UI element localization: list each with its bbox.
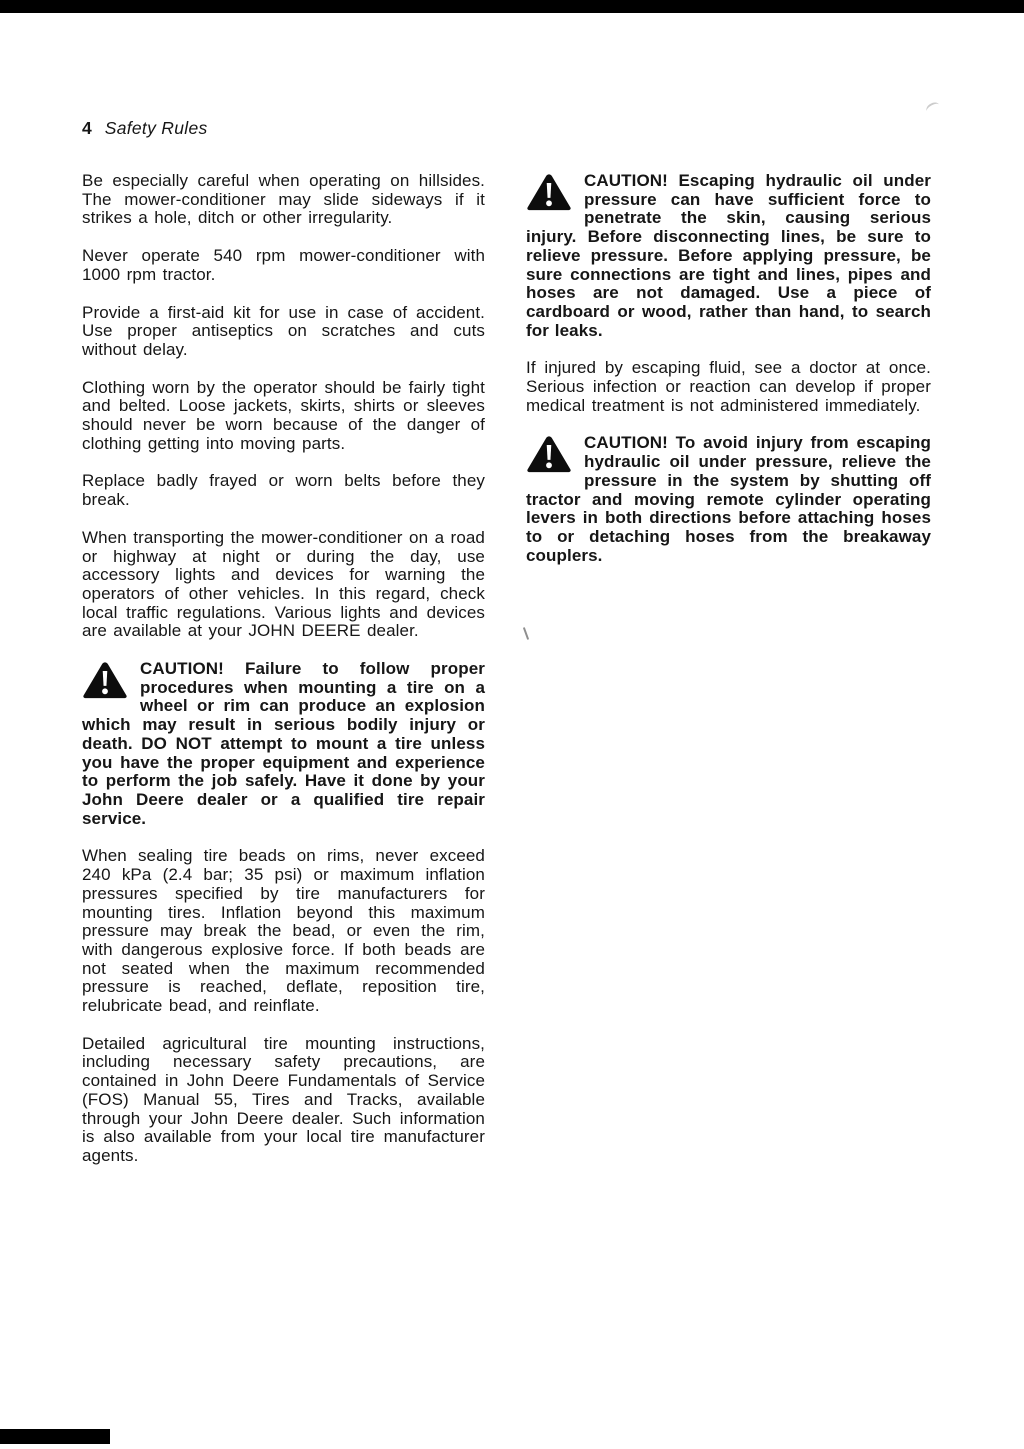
caution-text: CAUTION! To avoid injury from escaping h… xyxy=(526,433,931,564)
caution-text: CAUTION! Failure to follow proper proced… xyxy=(82,659,485,828)
caution-text: CAUTION! Escaping hydraulic oil under pr… xyxy=(526,171,931,340)
body-paragraph: Replace badly frayed or worn belts befor… xyxy=(82,472,485,509)
body-paragraph: Provide a first-aid kit for use in case … xyxy=(82,304,485,360)
body-paragraph: When transporting the mower-conditioner … xyxy=(82,529,485,641)
scan-speck xyxy=(924,100,941,115)
body-paragraph: Never operate 540 rpm mower-conditioner … xyxy=(82,247,485,284)
caution-paragraph: CAUTION! Escaping hydraulic oil under pr… xyxy=(526,172,931,340)
left-column: Be especially careful when operating on … xyxy=(82,172,485,1185)
right-column: CAUTION! Escaping hydraulic oil under pr… xyxy=(526,172,931,584)
caution-paragraph: CAUTION! Failure to follow proper proced… xyxy=(82,660,485,828)
body-paragraph: When sealing tire beads on rims, never e… xyxy=(82,847,485,1015)
body-paragraph: Be especially careful when operating on … xyxy=(82,172,485,228)
page-number: 4 xyxy=(82,118,92,138)
body-paragraph: If injured by escaping fluid, see a doct… xyxy=(526,359,931,415)
scan-speck xyxy=(523,627,529,640)
scan-edge-top xyxy=(0,0,1024,13)
scan-edge-bottom-left xyxy=(0,1429,110,1444)
section-title: Safety Rules xyxy=(105,118,208,138)
page-header: 4Safety Rules xyxy=(82,118,208,139)
caution-paragraph: CAUTION! To avoid injury from escaping h… xyxy=(526,434,931,565)
body-paragraph: Detailed agricultural tire mounting inst… xyxy=(82,1035,485,1166)
body-paragraph: Clothing worn by the operator should be … xyxy=(82,379,485,454)
